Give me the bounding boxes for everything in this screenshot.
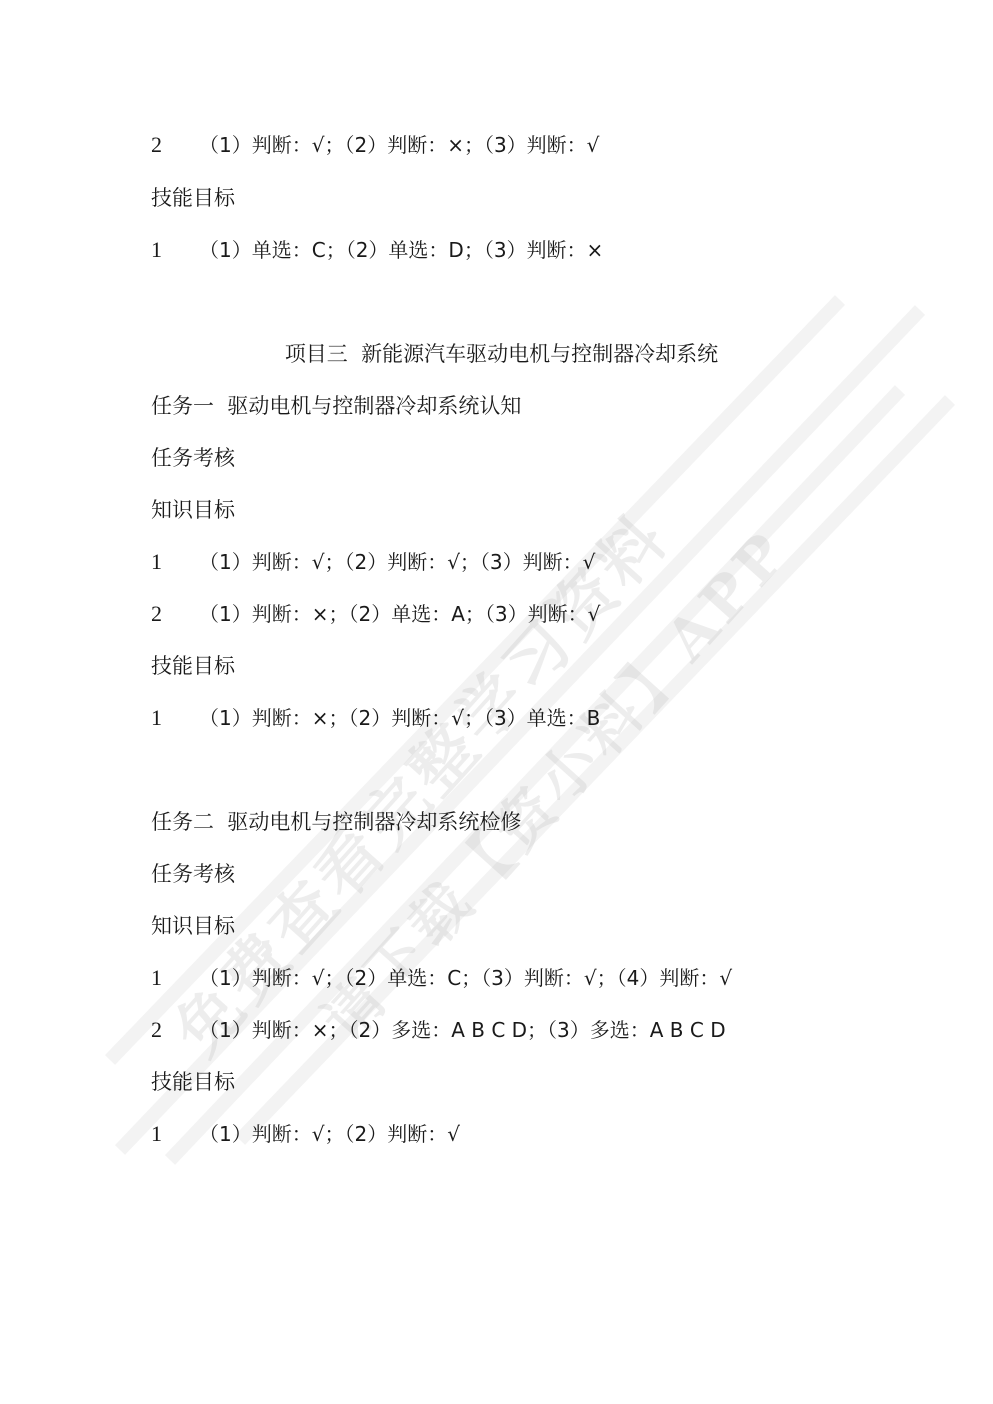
answer-line: 1（1）判断：√；（2）判断：√；（3）判断：√ — [151, 548, 595, 576]
task-title: 任务一 驱动电机与控制器冷却系统认知 — [151, 392, 521, 420]
answer-line: 1（1）判断：√；（2）单选：C；（3）判断：√；（4）判断：√ — [151, 964, 732, 992]
watermark: 免费查看完整学习资料 请下载【资小料】APP — [0, 0, 993, 1404]
section-heading: 知识目标 — [151, 496, 235, 524]
section-heading: 任务考核 — [151, 860, 235, 888]
watermark-stripes — [0, 0, 993, 1404]
answer-line: 2（1）判断：×；（2）单选：A；（3）判断：√ — [151, 600, 600, 628]
section-heading: 技能目标 — [151, 1068, 235, 1096]
answer-line: 1（1）单选：C；（2）单选：D；（3）判断：× — [151, 236, 603, 264]
answer-line: 2（1）判断：×；（2）多选：A B C D；（3）多选：A B C D — [151, 1016, 726, 1044]
answer-line: 2（1）判断：√；（2）判断：×；（3）判断：√ — [151, 131, 599, 159]
answer-line: 1（1）判断：×；（2）判断：√；（3）单选：B — [151, 704, 600, 732]
section-heading: 知识目标 — [151, 912, 235, 940]
project-title: 项目三 新能源汽车驱动电机与控制器冷却系统 — [0, 340, 993, 368]
section-heading: 技能目标 — [151, 184, 235, 212]
answer-line: 1（1）判断：√；（2）判断：√ — [151, 1120, 460, 1148]
section-heading: 任务考核 — [151, 444, 235, 472]
section-heading: 技能目标 — [151, 652, 235, 680]
task-title: 任务二 驱动电机与控制器冷却系统检修 — [151, 808, 521, 836]
